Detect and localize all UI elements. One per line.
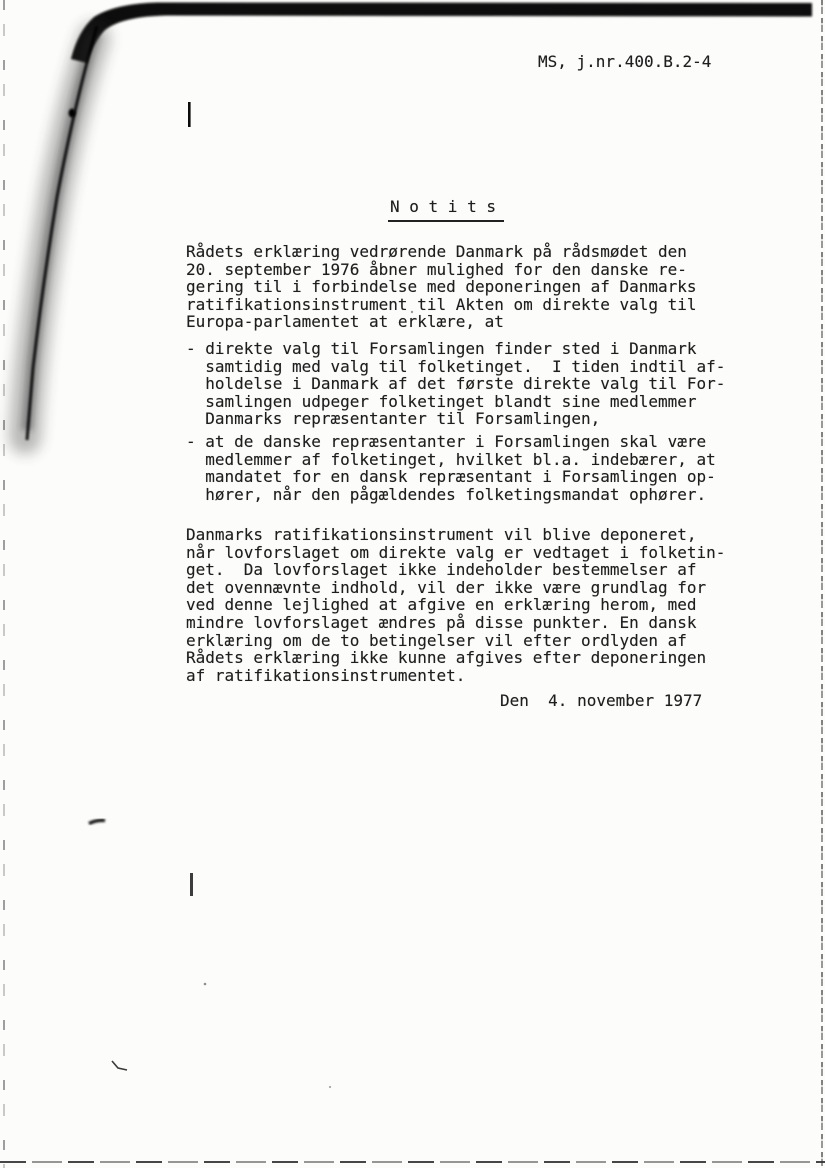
stray-dash-mark bbox=[89, 820, 105, 823]
scan-left-edge-dashed-line bbox=[3, 0, 5, 1168]
scan-right-edge-dashed-line bbox=[821, 0, 823, 1168]
dateline: Den 4. november 1977 bbox=[500, 692, 702, 710]
document-title: N o t i t s bbox=[388, 198, 504, 222]
intro-paragraph: Rådets erklæring vedrørende Danmark på r… bbox=[186, 243, 697, 331]
journal-reference: MS, j.nr.400.B.2-4 bbox=[538, 53, 711, 71]
binding-ink-blob bbox=[69, 109, 76, 118]
bullet-item-direct-elections: - direkte valg til Forsamlingen finder s… bbox=[186, 340, 725, 428]
bullet-item-representatives: - at de danske repræsentanter i Forsamli… bbox=[186, 433, 716, 503]
stray-squiggle-mark bbox=[112, 1061, 127, 1070]
scan-speck bbox=[204, 983, 207, 986]
scan-speck bbox=[329, 1086, 331, 1088]
closing-paragraph: Danmarks ratifikationsinstrument vil bli… bbox=[186, 526, 725, 684]
pen-tick-mark-top bbox=[188, 102, 191, 127]
scan-bottom-edge-dashed-line bbox=[0, 1161, 825, 1163]
scanned-document-page: MS, j.nr.400.B.2-4 N o t i t s Rådets er… bbox=[0, 0, 825, 1168]
pen-tick-mark-bottom bbox=[190, 873, 193, 896]
